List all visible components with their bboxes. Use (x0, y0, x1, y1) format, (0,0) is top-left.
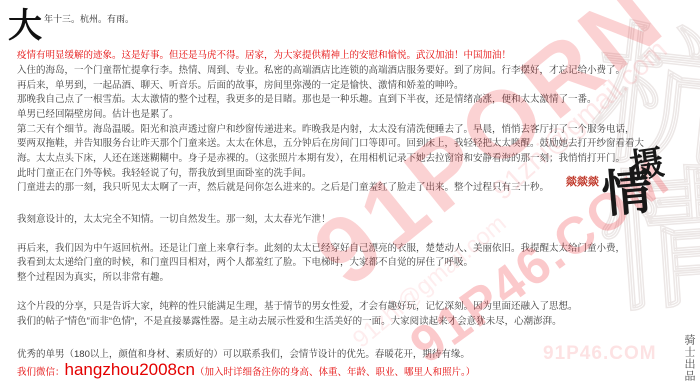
body-line: 第二天有个细节。海岛温暖。阳光和浪声透过窗户和纱窗传递进来。昨晚我是内射，太太没… (17, 124, 635, 135)
body-line: 优秀的单男（180以上，颜值和身材、素质好的）可以联系我们，会情节设计的优先。春… (17, 349, 470, 360)
body-line: 我看到太太递给门童的时候，和门童四目相对，两个人都羞红了脸。下电梯时，大家都不自… (17, 257, 473, 268)
calligraphy-qing: 情 (600, 166, 654, 220)
body-line: 要两双拖鞋，并告知服务台让昨天那个门童来送。太太在休息，五分钟后在房间门口等即可… (17, 138, 644, 149)
body-line: 这个片段的分享，只是告诉大家，纯粹的性只能满足生理，基于情节的男女性爱，才会有趣… (17, 301, 578, 312)
contact-suffix: （加入时详细备注你的身高、体重、年龄、职业、哪里人和照片。） (195, 364, 475, 378)
contact-line: 我们微信： hangzhou2008cn （加入时详细备注你的身高、体重、年龄、… (17, 360, 475, 380)
body-line: 入住的海岛，一个门童帮忙提拿行李。热情、周到、专业。私密的高端酒店比连锁的高端酒… (17, 65, 625, 76)
dateline: 年十三。杭州。有雨。 (44, 12, 134, 25)
body-line: 单男已经回隔壁房间。估计也是累了。 (17, 109, 179, 120)
producer-vertical-label: 骑士出品 (681, 334, 697, 382)
watermark-bottom-right: 91P46.COM (543, 343, 657, 365)
body-line: 整个过程因为真实，所以非常有趣。 (17, 272, 169, 283)
document-page: 杭 情 91PORN 91P46.COM 91zhi@gmail.com 91z… (0, 0, 700, 385)
body-line: 我刻意设计的，太太完全不知情。一切自然发生。那一刻，太太春光乍泄！ (17, 214, 331, 225)
notice-line: 疫情有明显缓解的迹象。这是好事。但还是马虎不得。居家，为大家提供精神上的安慰和愉… (17, 50, 511, 61)
body-line: 此时门童正在门外等候。我轻轻说了句，帮我放到里面卧室的洗手间。 (17, 168, 312, 179)
body-line: 海。太太点头下床，人还在迷迷糊糊中。身子是赤裸的。（这张照片本期有发），在用相机… (17, 153, 625, 164)
watermark-email-lower: 91zhi@gmail.com (348, 210, 512, 354)
body-line: 那晚我自己点了一根雪茄。太太激情的整个过程，我更多的是目睹。那也是一种乐趣。直到… (17, 94, 597, 105)
body-line: 门童进去的那一刻，我只听见太太啊了一声，然后就是问你怎么进来的。之后是门童羞红了… (17, 182, 549, 193)
contact-prefix: 我们微信： (17, 364, 65, 378)
wechat-id: hangzhou2008cn (65, 360, 195, 380)
body-line: 再后来，我们因为中午返回杭州。还是让门童上来拿行李。此刻的太太已经穿好自己漂亮的… (17, 243, 625, 254)
body-line: 再后来，单男到，一起品酒、聊天、听音乐。后面的故事，房间里弥漫的一定是愉快、激情… (17, 80, 464, 91)
dropcap-character: 大 (8, 0, 42, 47)
red-seal-stamp: 燚燚燚 (566, 177, 599, 188)
body-line: 我们的帖子“情色”而非“色情”，不是直接暴露性器。是主动去展示性爱和生活美好的一… (17, 316, 562, 327)
